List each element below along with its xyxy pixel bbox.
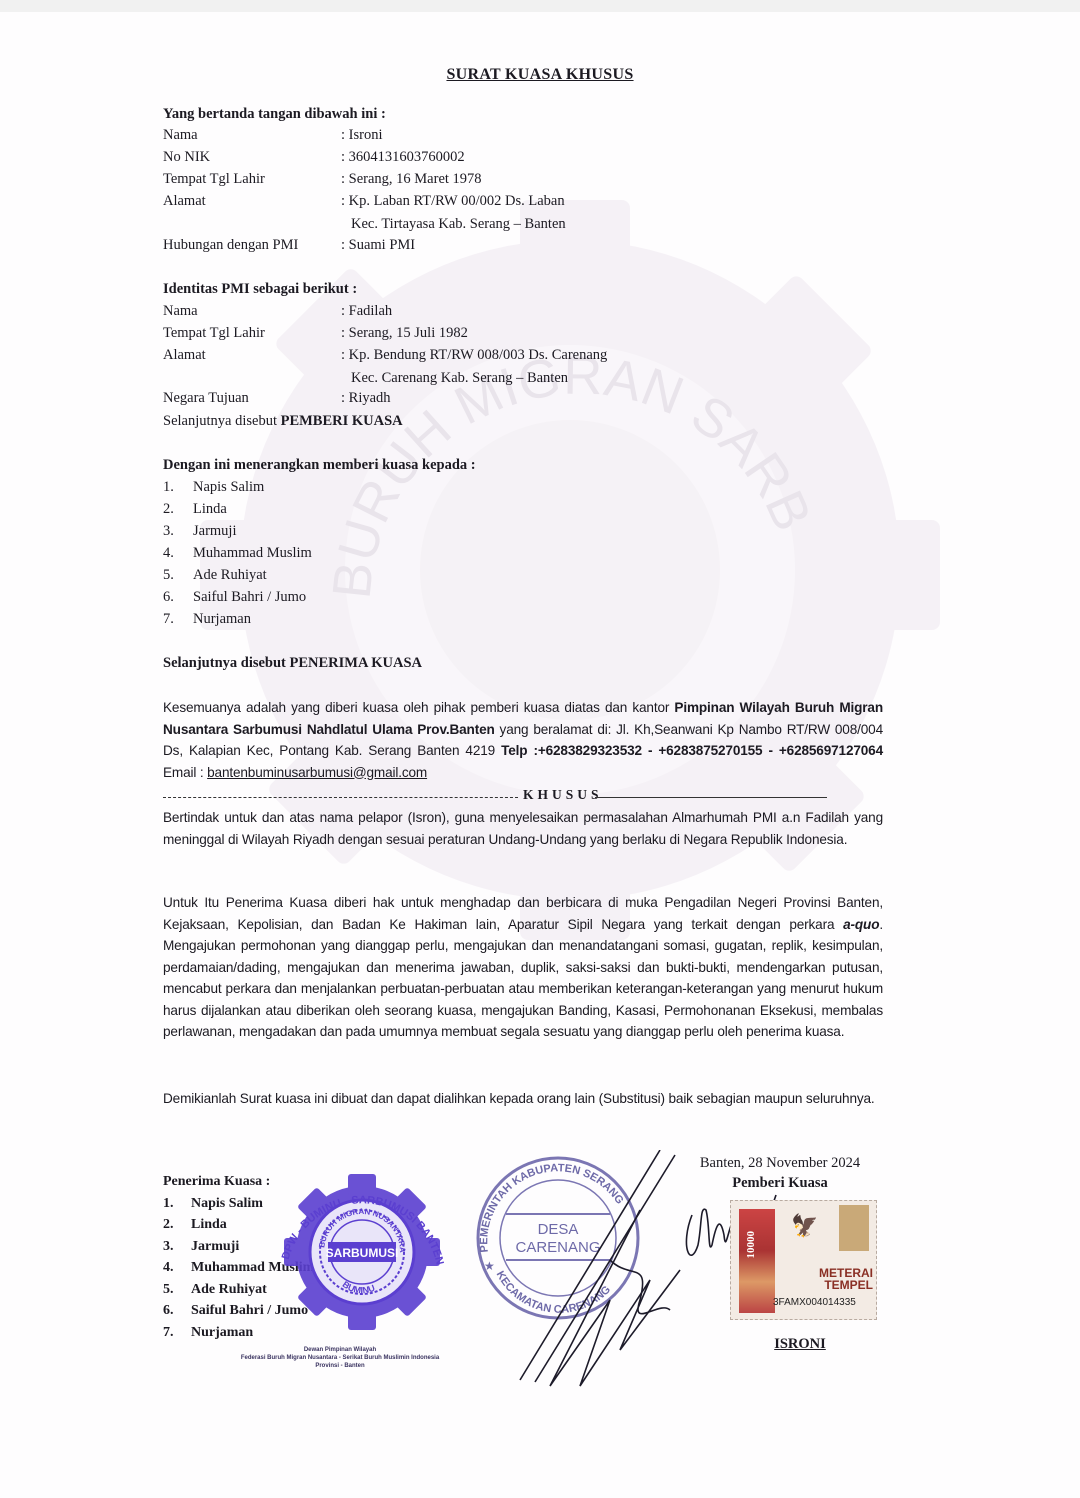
field-label: Hubungan dengan PMI bbox=[163, 237, 298, 254]
recipient-name: Jarmuji bbox=[191, 1239, 239, 1254]
field-label: Alamat bbox=[163, 347, 206, 364]
recipient-name: Saiful Bahri / Jumo bbox=[193, 589, 306, 605]
text-span: . Mengajukan permohonan yang dianggap pe… bbox=[163, 917, 883, 1040]
field-value: : Kp. Bendung RT/RW 008/003 Ds. Carenang bbox=[341, 347, 607, 364]
list-number: 5. bbox=[163, 1282, 191, 1298]
list-number: 2. bbox=[163, 501, 193, 518]
recipient-name: Nurjaman bbox=[191, 1325, 253, 1340]
grantor-signature-block: Banten, 28 November 2024 Pemberi Kuasa bbox=[660, 1155, 900, 1192]
garuda-emblem-icon: 🦅 bbox=[791, 1213, 818, 1239]
field-value: : Suami PMI bbox=[341, 237, 415, 254]
closing-bold: PEMBERI KUASA bbox=[281, 413, 403, 429]
stamp-map-icon bbox=[839, 1205, 869, 1251]
place-date: Banten, 28 November 2024 bbox=[660, 1155, 900, 1172]
field-label: Nama bbox=[163, 127, 198, 144]
recipient-name: Linda bbox=[191, 1217, 227, 1232]
field-label: Tempat Tgl Lahir bbox=[163, 325, 265, 342]
list-number: 7. bbox=[163, 1325, 191, 1341]
phone-numbers: Telp :+6283829323532 - +6283875270155 - … bbox=[501, 743, 883, 758]
document-title: SURAT KUASA KHUSUS bbox=[0, 66, 1080, 84]
paragraph-closing: Demikianlah Surat kuasa ini dibuat dan d… bbox=[163, 1088, 883, 1110]
list-number: 5. bbox=[163, 567, 193, 584]
list-number: 4. bbox=[163, 545, 193, 562]
list-number: 1. bbox=[163, 479, 193, 496]
recipient-name: Ade Ruhiyat bbox=[193, 567, 267, 583]
email-link[interactable]: bantenbuminusarbumusi@gmail.com bbox=[207, 765, 427, 780]
field-value: : Serang, 15 Juli 1982 bbox=[341, 325, 468, 342]
field-value: Kec. Tirtayasa Kab. Serang – Banten bbox=[351, 216, 566, 233]
recipient-name: Linda bbox=[193, 501, 227, 517]
org-stamp-caption: Dewan Pimpinan Wilayah Federasi Buruh Mi… bbox=[225, 1346, 455, 1370]
stamp-value: 10000 bbox=[745, 1231, 769, 1259]
list-number: 3. bbox=[163, 1239, 191, 1255]
list-number: 7. bbox=[163, 611, 193, 628]
grantor-heading: Yang bertanda tangan dibawah ini : bbox=[163, 106, 386, 123]
a-quo-term: a-quo bbox=[843, 917, 879, 932]
field-value: : Kp. Laban RT/RW 00/002 Ds. Laban bbox=[341, 193, 565, 210]
field-value: : Serang, 16 Maret 1978 bbox=[341, 171, 482, 188]
field-value: : Isroni bbox=[341, 127, 382, 144]
list-number: 2. bbox=[163, 1217, 191, 1233]
office-paragraph: Kesemuanya adalah yang diberi kuasa oleh… bbox=[163, 697, 883, 783]
list-item: 4.Muhammad Muslim bbox=[163, 545, 312, 567]
recipient-name: Napis Salim bbox=[191, 1196, 263, 1211]
list-number: 6. bbox=[163, 589, 193, 606]
list-number: 6. bbox=[163, 1303, 191, 1319]
paragraph-rights: Untuk Itu Penerima Kuasa diberi hak untu… bbox=[163, 892, 883, 1043]
stamp-label: METERAI TEMPEL bbox=[789, 1267, 873, 1291]
list-item: 3.Jarmuji bbox=[163, 523, 312, 545]
org-stamp-icon: SARBUMUSI BURUH MIGRAN NUSANTARA BUMINU … bbox=[272, 1152, 452, 1352]
top-bar bbox=[0, 0, 1080, 12]
khusus-label: KHUSUS bbox=[523, 787, 603, 803]
recipients-list: 1.Napis Salim2.Linda3.Jarmuji4.Muhammad … bbox=[163, 479, 312, 633]
stamp-value-strip bbox=[739, 1209, 775, 1313]
divider-line bbox=[595, 797, 827, 798]
revenue-stamp: 10000 🦅 METERAI TEMPEL 3FAMX004014335 bbox=[730, 1200, 877, 1320]
closing-prefix: Selanjutnya disebut bbox=[163, 413, 281, 429]
text-span: Untuk Itu Penerima Kuasa diberi hak untu… bbox=[163, 895, 883, 932]
recipient-name: Muhammad Muslim bbox=[193, 545, 312, 561]
khusus-divider: KHUSUS bbox=[163, 789, 883, 803]
field-value: : 3604131603760002 bbox=[341, 149, 465, 166]
field-value: : Riyadh bbox=[341, 390, 391, 407]
recipients-heading: Dengan ini menerangkan memberi kuasa kep… bbox=[163, 457, 476, 474]
field-label: Nama bbox=[163, 303, 198, 320]
field-value: : Fadilah bbox=[341, 303, 392, 320]
recipient-name: Jarmuji bbox=[193, 523, 237, 539]
recipient-name: Ade Ruhiyat bbox=[191, 1282, 267, 1297]
field-label: No NIK bbox=[163, 149, 210, 166]
penerima-kuasa-line: Selanjutnya disebut PENERIMA KUASA bbox=[163, 655, 422, 672]
list-number: 1. bbox=[163, 1196, 191, 1212]
grantor-heading: Pemberi Kuasa bbox=[660, 1175, 900, 1192]
field-value: Kec. Carenang Kab. Serang – Banten bbox=[351, 370, 568, 387]
list-item: 6.Saiful Bahri / Jumo bbox=[163, 589, 312, 611]
stamp-label-line: TEMPEL bbox=[789, 1279, 873, 1291]
list-number: 3. bbox=[163, 523, 193, 540]
paragraph-representation: Bertindak untuk dan atas nama pelapor (I… bbox=[163, 807, 883, 850]
caption-line: Dewan Pimpinan Wilayah bbox=[225, 1346, 455, 1354]
text-span: Kesemuanya adalah yang diberi kuasa oleh… bbox=[163, 700, 674, 715]
list-item: 5.Ade Ruhiyat bbox=[163, 567, 312, 589]
pmi-heading: Identitas PMI sebagai berikut : bbox=[163, 281, 357, 298]
list-item: 7.Nurjaman bbox=[163, 611, 312, 633]
field-label: Negara Tujuan bbox=[163, 390, 249, 407]
list-item: 1.Napis Salim bbox=[163, 479, 312, 501]
divider-line bbox=[163, 797, 518, 798]
list-item: 2.Linda bbox=[163, 501, 312, 523]
text-span: Email : bbox=[163, 765, 207, 780]
pemberi-kuasa-line: Selanjutnya disebut PEMBERI KUASA bbox=[163, 413, 403, 430]
recipient-name: Napis Salim bbox=[193, 479, 264, 495]
stamp-serial: 3FAMX004014335 bbox=[773, 1297, 856, 1308]
grantor-name: ISRONI bbox=[760, 1336, 840, 1353]
recipient-name: Nurjaman bbox=[193, 611, 251, 627]
list-number: 4. bbox=[163, 1260, 191, 1276]
caption-line: Provinsi - Banten bbox=[225, 1362, 455, 1370]
field-label: Tempat Tgl Lahir bbox=[163, 171, 265, 188]
field-label: Alamat bbox=[163, 193, 206, 210]
caption-line: Federasi Buruh Migran Nusantara - Serika… bbox=[225, 1354, 455, 1362]
org-stamp-center: SARBUMUSI bbox=[326, 1246, 399, 1260]
